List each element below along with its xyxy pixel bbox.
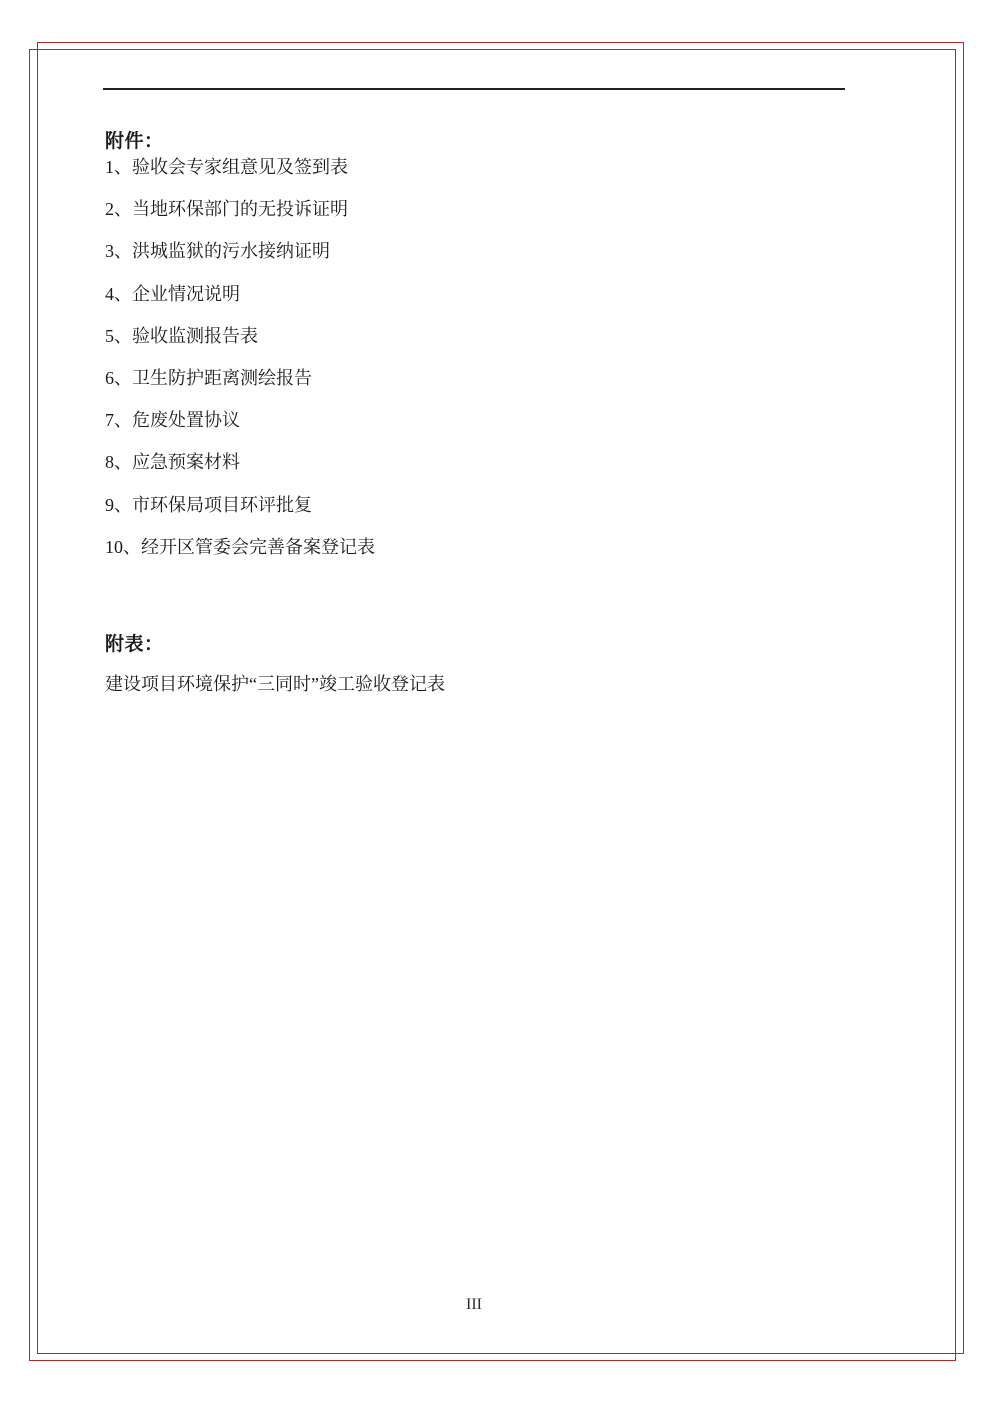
attachments-heading: 附件： — [105, 126, 164, 153]
item-number: 3、 — [105, 240, 132, 262]
item-number: 10、 — [105, 536, 141, 558]
document-page: 附件： 1、验收会专家组意见及签到表2、当地环保部门的无投诉证明3、洪城监狱的污… — [0, 0, 992, 1403]
item-label: 洪城监狱的污水接纳证明 — [132, 241, 330, 261]
list-item: 7、危废处置协议 — [105, 409, 845, 451]
item-number: 8、 — [105, 451, 132, 473]
item-label: 危废处置协议 — [132, 410, 240, 430]
appendix-line: 建设项目环境保护“三同时”竣工验收登记表 — [105, 670, 445, 696]
list-item: 10、经开区管委会完善备案登记表 — [105, 536, 845, 578]
appendix-heading: 附表： — [105, 629, 164, 656]
item-number: 6、 — [105, 367, 132, 389]
item-number: 2、 — [105, 198, 132, 220]
list-item: 8、应急预案材料 — [105, 451, 845, 493]
item-number: 4、 — [105, 283, 132, 305]
item-label: 应急预案材料 — [132, 452, 240, 472]
item-label: 经开区管委会完善备案登记表 — [141, 537, 375, 557]
item-number: 7、 — [105, 409, 132, 431]
list-item: 6、卫生防护距离测绘报告 — [105, 367, 845, 409]
item-number: 5、 — [105, 325, 132, 347]
page-number: III — [103, 1296, 845, 1314]
item-number: 9、 — [105, 494, 132, 516]
item-number: 1、 — [105, 156, 132, 178]
item-label: 验收会专家组意见及签到表 — [132, 157, 348, 177]
list-item: 2、当地环保部门的无投诉证明 — [105, 198, 845, 240]
list-item: 1、验收会专家组意见及签到表 — [105, 156, 845, 198]
attachment-list: 1、验收会专家组意见及签到表2、当地环保部门的无投诉证明3、洪城监狱的污水接纳证… — [105, 156, 845, 578]
list-item: 3、洪城监狱的污水接纳证明 — [105, 240, 845, 282]
item-label: 验收监测报告表 — [132, 326, 258, 346]
item-label: 市环保局项目环评批复 — [132, 495, 312, 515]
list-item: 4、企业情况说明 — [105, 283, 845, 325]
list-item: 9、市环保局项目环评批复 — [105, 494, 845, 536]
header-rule — [103, 88, 845, 90]
item-label: 企业情况说明 — [132, 284, 240, 304]
item-label: 卫生防护距离测绘报告 — [132, 368, 312, 388]
list-item: 5、验收监测报告表 — [105, 325, 845, 367]
item-label: 当地环保部门的无投诉证明 — [132, 199, 348, 219]
